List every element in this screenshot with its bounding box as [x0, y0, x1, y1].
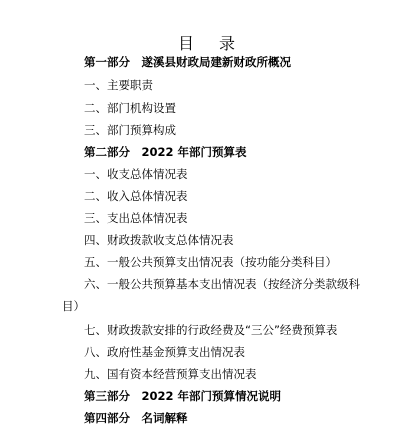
- toc-part-1: 第一部分 遂溪县财政局建新财政所概况: [84, 55, 291, 69]
- toc-part-4: 第四部分 名词解释: [84, 411, 188, 425]
- toc-part-3: 第三部分 2022 年部门预算情况说明: [84, 389, 281, 403]
- toc-item: 五、一般公共预算支出情况表（按功能分类科目）: [84, 255, 337, 269]
- toc-item: 四、财政拨款收支总体情况表: [84, 233, 234, 247]
- toc-item: 六、一般公共预算基本支出情况表（按经济分类款级科: [84, 277, 360, 291]
- toc-item: 八、政府性基金预算支出情况表: [84, 345, 245, 359]
- toc-item: 二、收入总体情况表: [84, 189, 188, 203]
- toc-item-continuation: 目）: [62, 299, 85, 313]
- toc-item: 二、部门机构设置: [84, 101, 176, 115]
- toc-item: 一、主要职责: [84, 78, 153, 92]
- toc-item: 三、支出总体情况表: [84, 211, 188, 225]
- toc-item: 九、国有资本经营预算支出情况表: [84, 367, 257, 381]
- toc-item: 三、部门预算构成: [84, 123, 176, 137]
- toc-part-2: 第二部分 2022 年部门预算表: [84, 145, 247, 159]
- toc-title: 目 录: [0, 31, 417, 54]
- toc-item: 一、收支总体情况表: [84, 167, 188, 181]
- toc-item: 七、财政拨款安排的行政经费及“三公”经费预算表: [84, 323, 337, 337]
